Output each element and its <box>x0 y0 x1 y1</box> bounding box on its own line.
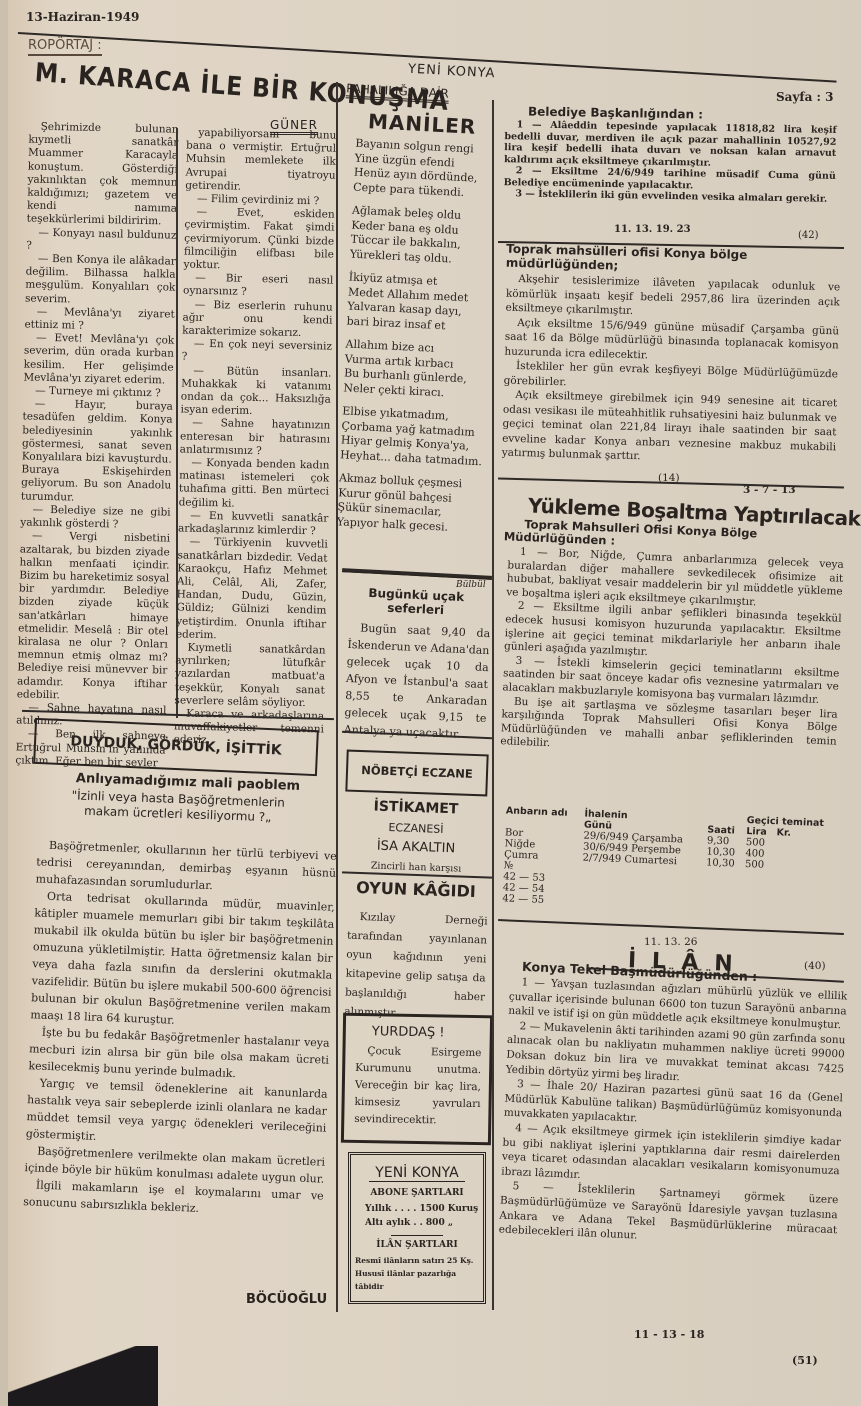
col-kr: Kr. <box>776 827 791 839</box>
newspaper-page: 13-Haziran-1949 YENİ KONYA Sayfa : 3 ROP… <box>8 0 861 1406</box>
page-number: Sayfa : 3 <box>776 90 834 104</box>
yukleme-body: 1 — Bor, Niğde, Çumra anbarlarımıza gele… <box>500 545 844 762</box>
abone-heading: ABONE ŞARTLARI <box>351 1188 483 1198</box>
paragraph: Şehrimizde bulunan kıymetli sanatkâr Mua… <box>27 121 179 230</box>
ilan-line: Hususî ilânlar pazarlığa tâbidir <box>355 1267 483 1293</box>
stanza: Allahım bize acı Vurma artık kırbacı Bu … <box>343 337 491 402</box>
maniler-poems: Bayanın solgun rengi Yine üzgün efendi H… <box>336 137 500 537</box>
duyduk-box-title: DUYDUK, GÖRDÜK, İŞİTTİK <box>35 720 316 772</box>
yukleme-ref: 11. 13. 26 <box>644 936 697 948</box>
section-rule <box>498 919 844 935</box>
paragraph: — Mevlâna'yı ziyaret ettiniz mi ? <box>24 305 175 335</box>
abone-rows: Yıllık . . . . 1500 Kuruş Altı aylık . .… <box>365 1202 483 1230</box>
belediye-num: (42) <box>798 230 819 241</box>
abone-row-label: Altı aylık . . <box>365 1218 423 1228</box>
stanza: Bayanın solgun rengi Yine üzgün efendi H… <box>353 137 501 202</box>
paragraph: — Bir eseri nasıl oynarsınız ? <box>183 272 334 302</box>
section-kicker: ROPÖRTAJ : <box>28 38 102 56</box>
divider <box>391 1235 443 1236</box>
paragraph: Açık eksiltmeye girebilmek için 949 sene… <box>502 388 838 469</box>
ilan-num: (40) <box>804 960 826 972</box>
paragraph: — Biz eserlerin ruhunu ağır onu kendi ka… <box>182 298 333 341</box>
duyduk-body: Başöğretmenler, okullarının her türlü te… <box>23 836 337 1221</box>
abone-row-value: 800 „ <box>426 1218 453 1228</box>
cell-saati: 10,30 <box>704 857 743 870</box>
stanza: Akmaz bolluk çeşmesi Kurur gönül bahçesi… <box>336 471 484 536</box>
stanza: Ağlamak beleş oldu Keder bana eş oldu Tü… <box>350 204 498 269</box>
maniler-author: Bülbül <box>456 580 486 590</box>
column-divider <box>336 82 338 1312</box>
stanza: İkiyüz atmışa et Medet Allahım medet Yal… <box>346 271 494 336</box>
eczane-name: İSTİKAMET <box>346 798 486 819</box>
paragraph: — Konyada benden kadın matinası istemele… <box>178 457 329 513</box>
belediye-body: 1 — Alâeddin tepesinde yapılacak 11818,8… <box>503 119 836 205</box>
paragraph: — En çok neyi seversiniz ? <box>182 338 333 368</box>
paragraph: yapabiliyorsam bunu bana o vermiştir. Er… <box>185 126 336 195</box>
oyun-body: Kızılay Derneği tarafından yayınlanan oy… <box>344 908 488 1027</box>
paragraph: Çocuk Esirgeme Kurumunu unutma. Vereceği… <box>354 1043 481 1130</box>
masthead: YENİ KONYA <box>408 62 496 82</box>
paragraph: — Sahne hayatınızın enteresan bir hatıra… <box>180 417 331 460</box>
paragraph: — Hayır, buraya tesadüfen geldim. Konya … <box>21 398 173 507</box>
signature: BÖCÜOĞLU <box>246 1292 327 1307</box>
eczane-box: NÖBETÇİ ECZANE <box>345 750 488 797</box>
maniler-title: MANİLER <box>367 109 476 139</box>
yurddas-body: Çocuk Esirgeme Kurumunu unutma. Vereceği… <box>354 1043 481 1130</box>
paragraph: — Vergi nisbetini azaltarak, bu bizden z… <box>17 530 171 705</box>
paragraph: — En kuvvetli sanatkâr arkadaşlarınız ki… <box>178 509 329 539</box>
paragraph: Orta tedrisat okullarında müdür, muavinl… <box>30 887 335 1034</box>
paragraph: Yargıç ve temsil ödeneklerine ait kanunl… <box>26 1074 328 1153</box>
belediye-title: Belediye Başkanlığından : <box>528 104 703 121</box>
stanza: Elbise yıkatmadım, Çorbama yağ katmadım … <box>340 404 488 469</box>
ilan-body: 1 — Yavşan tuzlasından ağızları mühürlü … <box>498 975 847 1252</box>
paragraph: — Ben Konya ile alâkadar değilim. Bilhas… <box>25 253 176 309</box>
abone-title: YENİ KONYA <box>369 1165 465 1182</box>
toprak-body: Akşehir tesislerimize ilâveten yapılacak… <box>502 272 841 469</box>
eczane-owner: İSA AKALTIN <box>346 838 486 858</box>
paragraph: — Bütün insanları. Muhakkak ki vatanımı … <box>180 364 331 420</box>
abone-row-label: Yıllık . . . . <box>365 1204 416 1214</box>
ilan-line: Resmî ilânların satırı 25 Kş. <box>355 1254 483 1267</box>
paragraph: Kızılay Derneği tarafından yayınlanan oy… <box>344 908 488 1027</box>
ilan-ref: 11 - 13 - 18 <box>634 1328 704 1341</box>
abone-row-value: 1500 Kuruş <box>420 1204 479 1214</box>
yurddas-title: YURDDAŞ ! <box>372 1024 490 1041</box>
issue-date: 13-Haziran-1949 <box>26 10 139 24</box>
abone-row: Altı aylık . . 800 „ <box>365 1216 483 1230</box>
paragraph: — Türkiyenin kuvvetli sanatkârları bizde… <box>176 536 328 645</box>
paragraph: — Evet! Mevlâna'yı çok severim, dün orad… <box>23 332 174 388</box>
ucak-title: Bugünkü uçak seferleri <box>345 585 486 619</box>
paragraph: — Belediye size ne gibi yakınlık gösterd… <box>20 503 171 533</box>
eczane-sub: ECZANESİ <box>346 820 486 838</box>
section-rule <box>342 568 492 580</box>
col-lira: Lira <box>746 826 767 838</box>
paragraph: Kıymetli sanatkârdan ayrılırken; lütufkâ… <box>174 641 325 710</box>
column-divider <box>492 100 494 1310</box>
oyun-title: OYUN KÂĞIDI <box>346 878 487 902</box>
interview-column-2: yapabiliyorsam bunu bana o vermiştir. Er… <box>174 126 337 750</box>
abone-row: Yıllık . . . . 1500 Kuruş <box>365 1202 483 1216</box>
ihale-table: Anbarın adı İhalenin Geçici teminat Günü… <box>500 805 842 917</box>
paragraph: 1 — Alâeddin tepesinde yapılacak 11818,8… <box>504 119 837 171</box>
duyduk-subhead: "İzinli veya hasta Başöğretmenlerin maka… <box>68 788 289 826</box>
ilan-lines: Resmî ilânların satırı 25 Kş. Hususî ilâ… <box>355 1254 483 1293</box>
abone-box: YENİ KONYA ABONE ŞARTLARI Yıllık . . . .… <box>348 1152 486 1304</box>
cell-no: 42 — 55 <box>500 893 579 907</box>
paragraph: — Konyayı nasıl buldunuz ? <box>26 226 177 256</box>
ilan-num2: (51) <box>792 1354 818 1367</box>
ucak-body: Bugün saat 9,40 da İskenderun ve Adana'd… <box>343 619 490 744</box>
ilan-heading: İLÂN ŞARTLARI <box>351 1240 483 1250</box>
paragraph: Bugün saat 9,40 da İskenderun ve Adana'd… <box>343 619 490 744</box>
belediye-ref: 11. 13. 19. 23 <box>614 224 691 235</box>
eczane-box-title: NÖBETÇİ ECZANE <box>347 752 486 793</box>
page-shadow <box>8 1346 158 1406</box>
yurddas-box: YURDDAŞ ! Çocuk Esirgeme Kurumunu unutma… <box>341 1013 493 1146</box>
interview-column-1: Şehrimizde bulunan kıymetli sanatkâr Mua… <box>15 121 179 771</box>
paragraph: — Evet, eskiden çevirmiştim. Fakat şimdi… <box>183 206 334 275</box>
